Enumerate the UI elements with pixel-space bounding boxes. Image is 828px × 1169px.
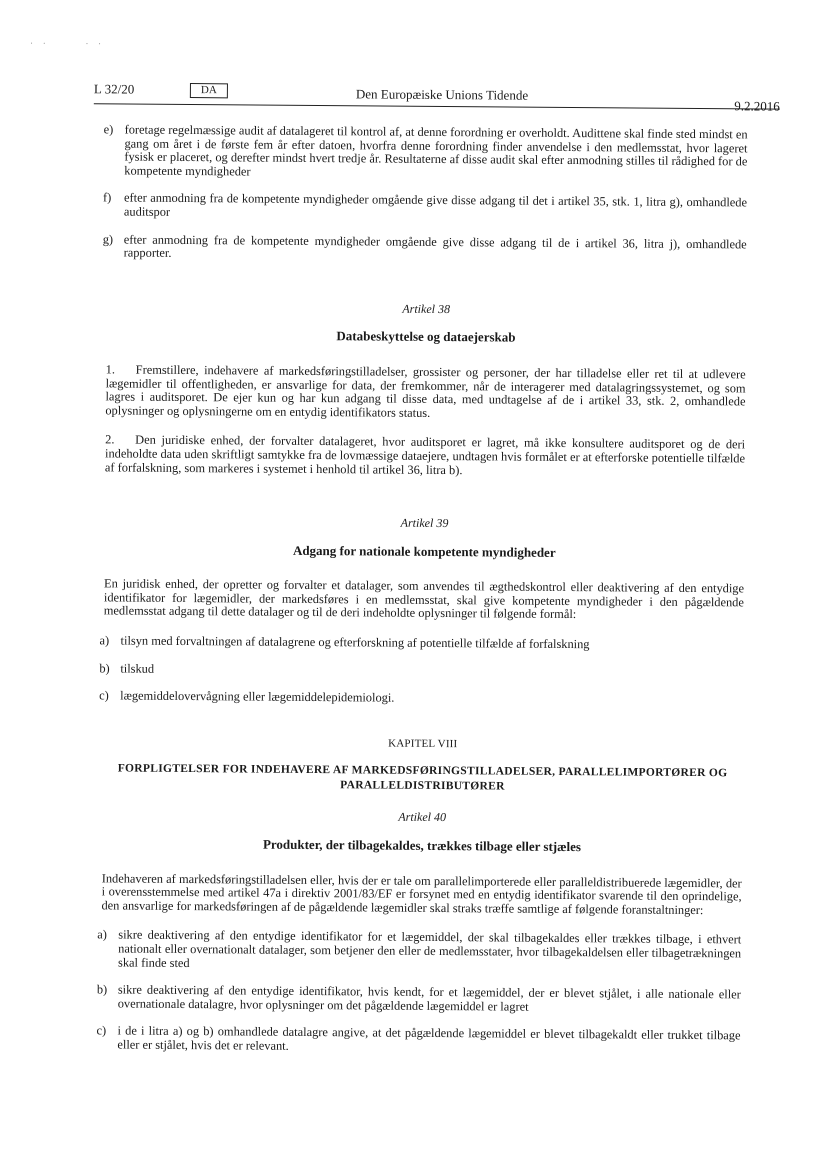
- list-item: g)efter anmodning fra de kompetente mynd…: [107, 233, 747, 265]
- list-item: f)efter anmodning fra de kompetente mynd…: [107, 192, 747, 224]
- journal-header: L 32/20 DA Den Europæiske Unions Tidende…: [94, 81, 780, 109]
- item-label: a): [97, 929, 107, 943]
- item-text: sikre deaktivering af den entydige ident…: [118, 983, 741, 1014]
- article-39-intro: En juridisk enhed, der opretter og forva…: [104, 578, 744, 624]
- item-label: a): [100, 634, 110, 648]
- article-39-title: Adgang for nationale kompetente myndighe…: [104, 542, 744, 561]
- article-38-number: Artikel 38: [106, 300, 746, 319]
- item-text: lægemiddelovervågning eller lægemiddelep…: [120, 689, 394, 705]
- item-label: f): [103, 192, 111, 206]
- paragraph-text: Fremstillere, indehavere af markedsførin…: [105, 363, 745, 420]
- article-40-number: Artikel 40: [102, 809, 742, 828]
- list-item: e)foretage regelmæssige audit af datalag…: [107, 123, 747, 182]
- chapter-number: KAPITEL VIII: [103, 735, 743, 754]
- item-label: b): [99, 662, 109, 676]
- article-38-title: Databeskyttelse og dataejerskab: [106, 328, 746, 347]
- paragraph: 2.Den juridiske enhed, der forvalter dat…: [105, 434, 745, 480]
- chapter-title-line-2: PARALLELDISTRIBUTØRER: [102, 778, 742, 796]
- item-label: c): [96, 1025, 106, 1039]
- article-40-title: Produkter, der tilbagekaldes, trækkes ti…: [102, 836, 742, 855]
- paragraph-text: Den juridiske enhed, der forvalter datal…: [105, 433, 745, 477]
- document-body: e)foretage regelmæssige audit af datalag…: [100, 123, 747, 1071]
- list-item: b)tilskud: [103, 662, 743, 681]
- item-text: tilsyn med forvaltningen af datalagrene …: [121, 634, 590, 652]
- item-text: efter anmodning fra de kompetente myndig…: [124, 191, 747, 219]
- document-page: · · · · L 32/20 DA Den Europæiske Unions…: [0, 0, 828, 1169]
- item-label: e): [104, 123, 114, 137]
- list-item: a)sikre deaktivering af den entydige ide…: [101, 929, 741, 975]
- item-label: c): [99, 690, 109, 704]
- item-text: foretage regelmæssige audit af datalager…: [124, 123, 747, 179]
- item-text: sikre deaktivering af den entydige ident…: [118, 928, 741, 970]
- scan-specks: · · · ·: [30, 39, 105, 49]
- item-label: b): [97, 984, 107, 998]
- article-39-number: Artikel 39: [104, 514, 744, 533]
- list-item: a)tilsyn med forvaltningen af datalagren…: [104, 634, 744, 653]
- language-badge: DA: [190, 83, 228, 98]
- item-text: i de i litra a) og b) omhandlede datalag…: [117, 1024, 740, 1053]
- journal-date: 9.2.2016: [734, 98, 780, 114]
- article-40-intro: Indehaveren af markedsføringstilladelsen…: [101, 872, 741, 918]
- list-item: c)i de i litra a) og b) omhandlede datal…: [100, 1025, 740, 1057]
- item-label: g): [103, 233, 113, 247]
- item-text: tilskud: [120, 661, 154, 675]
- journal-title: Den Europæiske Unions Tidende: [356, 86, 528, 103]
- item-text: efter anmodning fra de kompetente myndig…: [124, 232, 747, 260]
- paragraph: 1.Fremstillere, indehavere af markedsfør…: [105, 363, 745, 422]
- list-item: c)lægemiddelovervågning eller lægemiddel…: [103, 690, 743, 709]
- list-item: b)sikre deaktivering af den entydige ide…: [101, 984, 741, 1016]
- journal-reference: L 32/20: [94, 81, 134, 97]
